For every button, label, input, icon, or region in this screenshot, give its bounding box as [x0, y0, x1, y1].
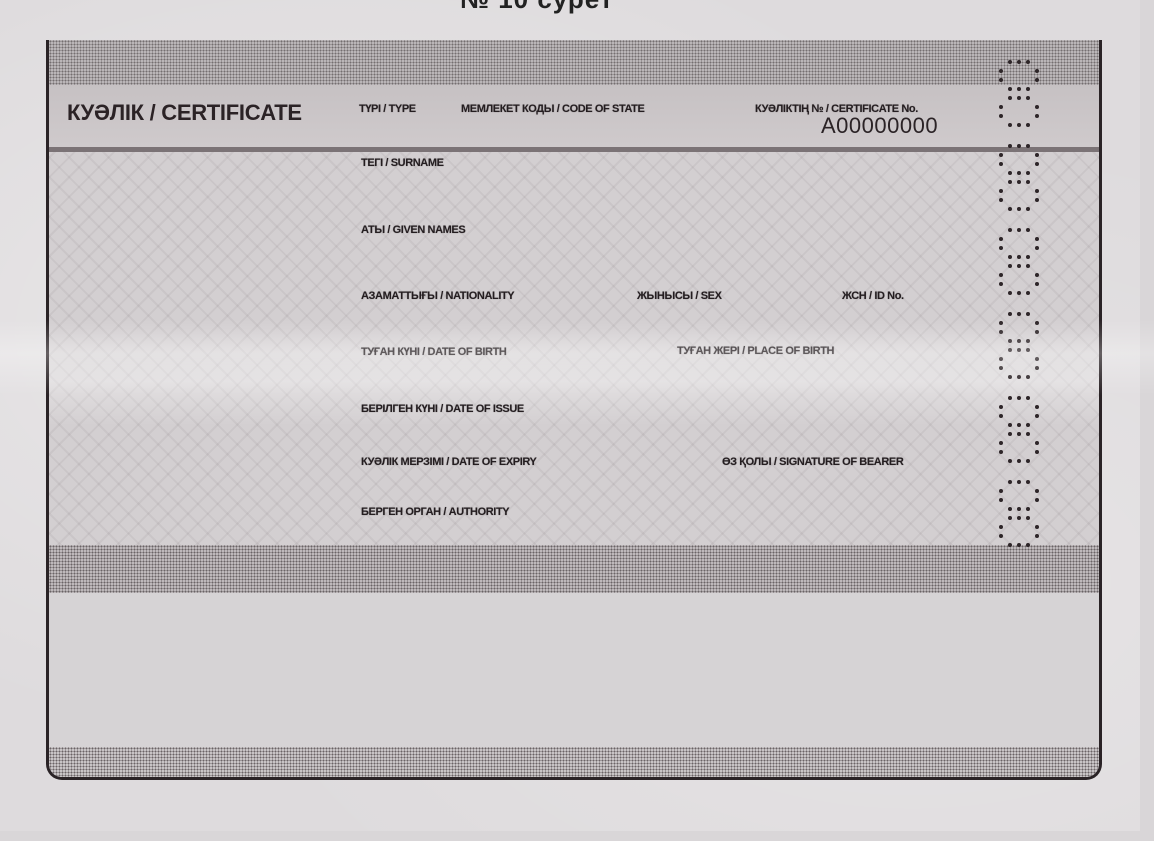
perforation-dot	[1026, 180, 1030, 184]
date-of-issue-label: БЕРІЛГЕН КҮНІ / DATE OF ISSUE	[361, 403, 524, 415]
perforation-dot	[1035, 153, 1039, 157]
perforation-dot	[1008, 339, 1012, 343]
perforation-dot	[1008, 459, 1012, 463]
perforation-dot	[1026, 291, 1030, 295]
surname-label: ТЕГІ / SURNAME	[361, 157, 444, 169]
perforation-dot	[999, 450, 1003, 454]
perforation-dot	[1026, 60, 1030, 64]
perforation-dot	[999, 105, 1003, 109]
perforation-dot	[1017, 207, 1021, 211]
perforation-dot	[1035, 321, 1039, 325]
perforation-dot	[1008, 516, 1012, 520]
perforation-dot	[1017, 60, 1021, 64]
perforation-dot	[1008, 432, 1012, 436]
perforation-dot	[1008, 180, 1012, 184]
perforation-dot	[1035, 237, 1039, 241]
perforation-dot	[999, 114, 1003, 118]
perforation-dot	[1035, 357, 1039, 361]
perforation-dot	[999, 414, 1003, 418]
perforation-dot	[999, 198, 1003, 202]
perforation-dot	[1017, 180, 1021, 184]
signature-label: ӨЗ ҚОЛЫ / SIGNATURE OF BEARER	[722, 456, 903, 468]
perforation-dot	[1035, 189, 1039, 193]
perforation-dot	[999, 282, 1003, 286]
perforation-dot	[1008, 228, 1012, 232]
perforation-dot	[1035, 105, 1039, 109]
perforation-dot	[1026, 459, 1030, 463]
place-of-birth-label: ТУҒАН ЖЕРІ / PLACE OF BIRTH	[677, 345, 834, 357]
perforation-dot	[999, 162, 1003, 166]
perforation-dot	[1035, 450, 1039, 454]
perforation-dot	[1008, 60, 1012, 64]
top-security-band	[49, 40, 1099, 85]
perforation-dot	[1026, 516, 1030, 520]
perforation-dot	[999, 489, 1003, 493]
perforation-dot	[1026, 339, 1030, 343]
sex-label: ЖЫНЫСЫ / SEX	[637, 290, 722, 302]
perforation-dot	[1017, 171, 1021, 175]
perforation-dot	[1026, 207, 1030, 211]
perforation-dot	[1017, 507, 1021, 511]
perforation-dot	[1017, 423, 1021, 427]
perforation-dot	[1035, 498, 1039, 502]
perforation-dot	[1026, 87, 1030, 91]
perforation-dot	[1008, 255, 1012, 259]
perforation-dot	[999, 69, 1003, 73]
figure-caption: № 10 сурет	[460, 0, 614, 15]
certificate-card: КУӘЛІК / CERTIFICATE ТҮРІ / TYPE МЕМЛЕКЕ…	[46, 40, 1102, 780]
perforation-dot	[999, 441, 1003, 445]
perforation-dot	[1008, 96, 1012, 100]
perforation-dot	[1035, 525, 1039, 529]
bottom-security-band	[49, 545, 1099, 593]
perforation-dot	[1017, 516, 1021, 520]
perforation-dot	[1035, 534, 1039, 538]
perforation-dot	[1026, 144, 1030, 148]
perforation-dot	[1026, 507, 1030, 511]
perforation-dot	[999, 366, 1003, 370]
perforation-dot	[1017, 228, 1021, 232]
perforation-dot	[1026, 264, 1030, 268]
scanned-page: № 10 сурет КУӘЛІК / CERTIFICATE ТҮРІ / T…	[0, 0, 1140, 831]
perforation-dot	[1017, 96, 1021, 100]
perforation-dot	[1035, 330, 1039, 334]
certificate-body	[49, 152, 1099, 594]
perforation-dot	[1035, 366, 1039, 370]
perforation-dot	[999, 153, 1003, 157]
perforation-dot	[999, 78, 1003, 82]
perforation-dot	[1026, 375, 1030, 379]
dot-matrix-number-icon	[999, 60, 1049, 590]
perforation-dot	[1026, 171, 1030, 175]
lower-edge-band	[49, 747, 1099, 777]
perforation-dot	[1017, 123, 1021, 127]
perforation-dot	[1035, 489, 1039, 493]
perforation-dot	[999, 273, 1003, 277]
perforation-dot	[1026, 423, 1030, 427]
perforation-dot	[1017, 348, 1021, 352]
perforation-dot	[999, 330, 1003, 334]
perforation-dot	[1026, 255, 1030, 259]
type-label: ТҮРІ / TYPE	[359, 103, 416, 115]
perforation-dot	[1017, 144, 1021, 148]
perforation-dot	[1008, 423, 1012, 427]
code-of-state-label: МЕМЛЕКЕТ КОДЫ / CODE OF STATE	[461, 103, 644, 115]
perforation-dot	[999, 498, 1003, 502]
perforation-dot	[1017, 291, 1021, 295]
perforation-dot	[1017, 432, 1021, 436]
perforation-dot	[999, 189, 1003, 193]
perforation-dot	[1008, 207, 1012, 211]
perforation-dot	[1017, 255, 1021, 259]
nationality-label: АЗАМАТТЫҒЫ / NATIONALITY	[361, 290, 514, 302]
perforation-dot	[1017, 264, 1021, 268]
perforation-dot	[1035, 198, 1039, 202]
perforation-dot	[999, 321, 1003, 325]
perforation-dot	[1017, 87, 1021, 91]
perforation-dot	[1035, 78, 1039, 82]
given-names-label: АТЫ / GIVEN NAMES	[361, 224, 465, 236]
authority-label: БЕРГЕН ОРГАН / AUTHORITY	[361, 506, 509, 518]
perforation-dot	[1026, 312, 1030, 316]
perforation-dot	[1035, 441, 1039, 445]
perforation-dot	[1008, 291, 1012, 295]
perforation-dot	[1008, 396, 1012, 400]
certificate-title: КУӘЛІК / CERTIFICATE	[67, 100, 302, 126]
certificate-number: A00000000	[821, 113, 938, 139]
perforation-dot	[999, 237, 1003, 241]
perforation-dot	[1026, 480, 1030, 484]
perforation-dot	[1008, 171, 1012, 175]
perforation-dot	[1035, 405, 1039, 409]
perforation-dot	[1035, 162, 1039, 166]
perforation-dot	[999, 534, 1003, 538]
perforation-dot	[1035, 273, 1039, 277]
perforation-dot	[1017, 543, 1021, 547]
perforation-dot	[1026, 96, 1030, 100]
perforation-dot	[1026, 396, 1030, 400]
perforation-dot	[1008, 543, 1012, 547]
date-of-expiry-label: КУӘЛІК МЕРЗІМІ / DATE OF EXPIRY	[361, 456, 536, 468]
perforation-dot	[1008, 144, 1012, 148]
perforation-dot	[1035, 246, 1039, 250]
perforation-dot	[1035, 282, 1039, 286]
perforation-dot	[1008, 312, 1012, 316]
perforation-dot	[1026, 432, 1030, 436]
perforation-dot	[1017, 375, 1021, 379]
perforation-dot	[1026, 228, 1030, 232]
perforation-dot	[999, 405, 1003, 409]
perforation-dot	[1035, 114, 1039, 118]
perforation-dot	[1008, 375, 1012, 379]
perforation-dot	[1008, 264, 1012, 268]
perforation-dot	[1026, 543, 1030, 547]
perforation-dot	[1008, 348, 1012, 352]
perforation-dot	[999, 246, 1003, 250]
perforation-dot	[1026, 348, 1030, 352]
perforation-dot	[1035, 414, 1039, 418]
perforation-dot	[1017, 459, 1021, 463]
perforation-dot	[999, 525, 1003, 529]
perforation-dot	[1017, 339, 1021, 343]
perforation-dot	[1017, 312, 1021, 316]
perforation-dot	[999, 357, 1003, 361]
perforation-dot	[1035, 69, 1039, 73]
perforation-dot	[1008, 87, 1012, 91]
perforation-dot	[1026, 123, 1030, 127]
perforation-dot	[1008, 480, 1012, 484]
perforation-dot	[1017, 396, 1021, 400]
id-no-label: ЖСН / ID No.	[842, 290, 904, 302]
date-of-birth-label: ТУҒАН КҮНІ / DATE OF BIRTH	[361, 346, 506, 358]
perforation-dot	[1017, 480, 1021, 484]
perforation-dot	[1008, 123, 1012, 127]
perforation-dot	[1008, 507, 1012, 511]
